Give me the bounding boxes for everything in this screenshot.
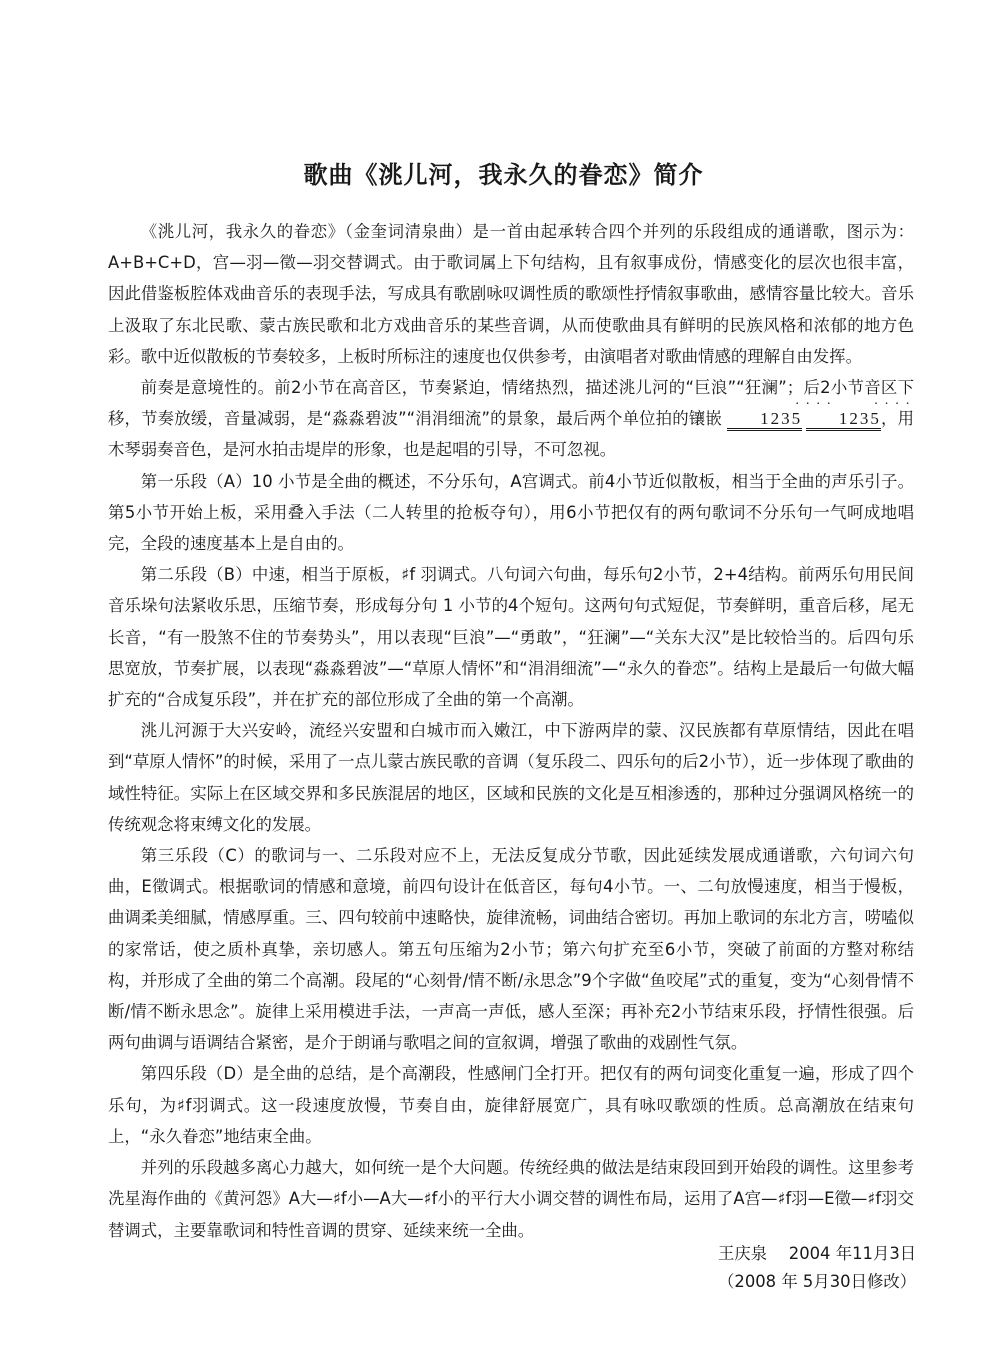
jianpu-notation-group-1: 1235: [727, 410, 802, 431]
signature-author-date: 王庆泉 2004 年11月3日: [718, 1240, 916, 1268]
signature-block: 王庆泉 2004 年11月3日 （2008 年 5月30日修改）: [718, 1240, 916, 1296]
document-title: 歌曲《洮儿河，我永久的眷恋》简介: [0, 155, 1007, 190]
paragraph-conclusion: 并列的乐段越多离心力越大，如何统一是个大问题。传统经典的做法是结束段回到开始段的…: [108, 1152, 914, 1246]
paragraph-section-a: 第一乐段（A）10 小节是全曲的概述，不分乐句，A宫调式。前4小节近似散板，相当…: [108, 466, 914, 560]
paragraph-section-c: 第三乐段（C）的歌词与一、二乐段对应不上，无法反复成分节歌，因此延续发展成通谱歌…: [108, 840, 914, 1058]
jianpu-notation-group-2: 1235: [806, 410, 881, 431]
paragraph-intro: 《洮儿河，我永久的眷恋》（金奎词清泉曲）是一首由起承转合四个并列的乐段组成的通谱…: [108, 216, 914, 372]
document-body: 《洮儿河，我永久的眷恋》（金奎词清泉曲）是一首由起承转合四个并列的乐段组成的通谱…: [108, 216, 914, 1246]
paragraph-section-d: 第四乐段（D）是全曲的总结，是个高潮段，性感闸门全打开。把仅有的两句词变化重复一…: [108, 1058, 914, 1152]
paragraph-section-b: 第二乐段（B）中速，相当于原板，♯f 羽调式。八句词六句曲，每乐句2小节，2+4…: [108, 559, 914, 715]
signature-revision-date: （2008 年 5月30日修改）: [718, 1268, 916, 1296]
paragraph-taoer-river: 洮儿河源于大兴安岭，流经兴安盟和白城市而入嫩江，中下游两岸的蒙、汉民族都有草原情…: [108, 715, 914, 840]
paragraph-prelude: 前奏是意境性的。前2小节在高音区，节奏紧迫，情绪热烈，描述洮儿河的“巨浪”“狂澜…: [108, 372, 914, 466]
